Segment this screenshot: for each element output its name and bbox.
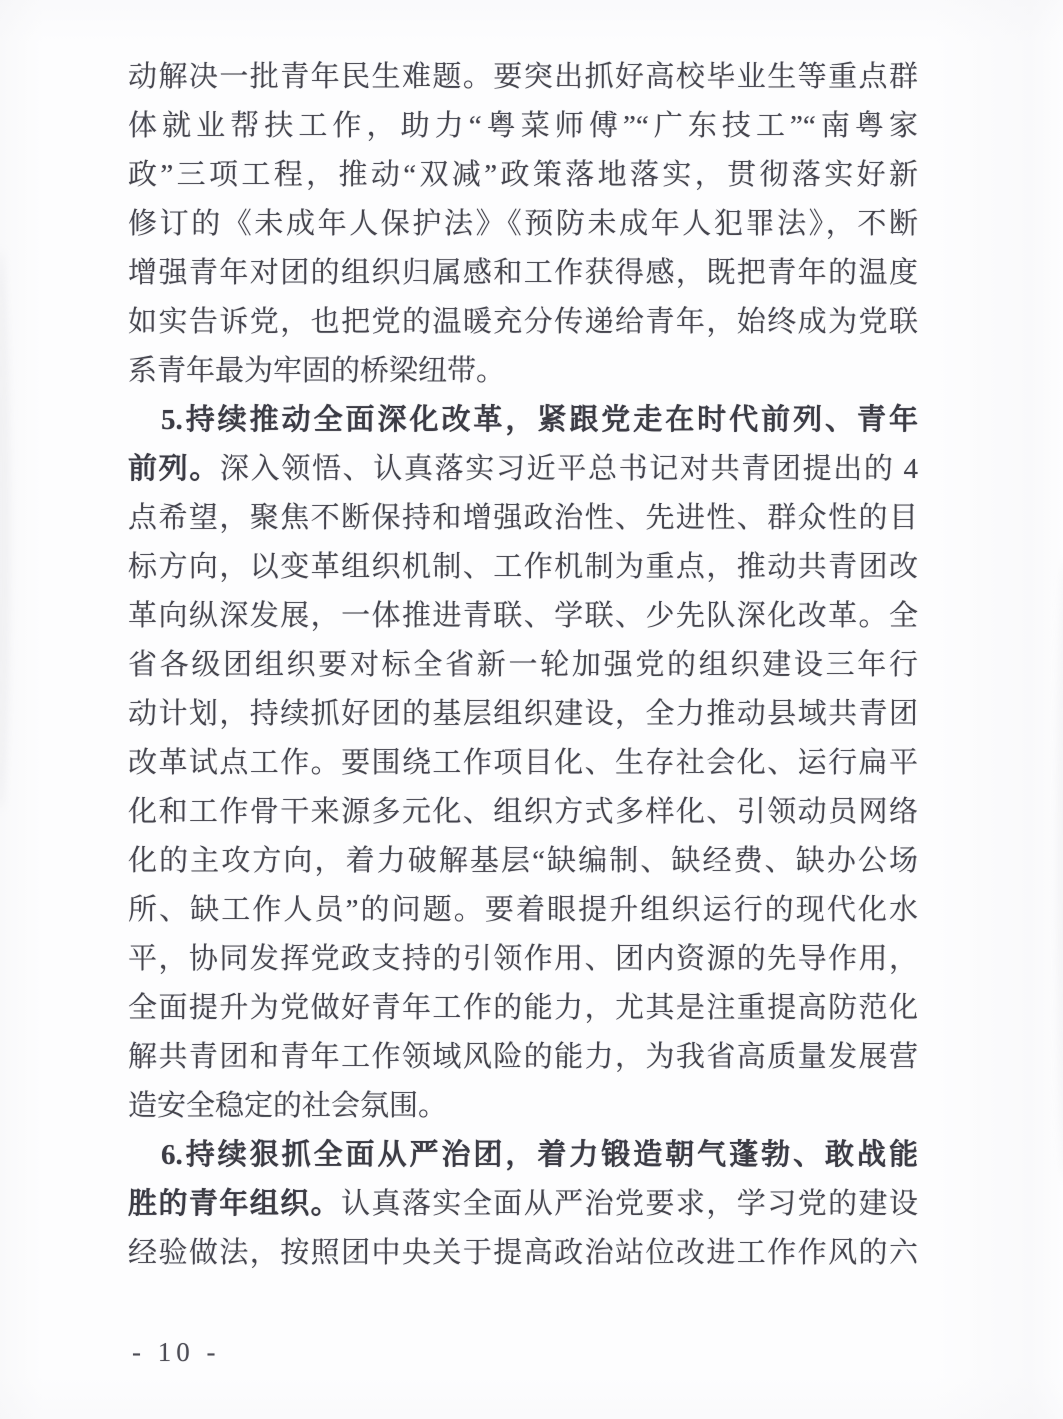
body-text: 点希望，聚焦不断保持和增强政治性、先进性、群众性的目 (128, 502, 918, 534)
body-text: 平，协同发挥党政支持的引领作用、团内资源的先导作用， (128, 943, 918, 975)
page-number: - 10 - (132, 1332, 220, 1372)
text-line: 政”三项工程，推动“双减”政策落地落实，贯彻落实好新 (128, 151, 918, 200)
text-line: 动计划，持续抓好团的基层组织建设，全力推动县域共青团 (128, 690, 918, 739)
text-line: 动解决一批青年民生难题。要突出抓好高校毕业生等重点群 (128, 53, 918, 102)
text-line: 6.持续狠抓全面从严治团，着力锻造朝气蓬勃、敢战能 (128, 1131, 918, 1180)
body-text: 增强青年对团的组织归属感和工作获得感，既把青年的温度 (128, 257, 918, 289)
body-text: 造安全稳定的社会氛围。 (128, 1090, 447, 1122)
body-text: 如实告诉党，也把党的温暖充分传递给青年，始终成为党联 (128, 306, 918, 338)
text-line: 5.持续推动全面深化改革，紧跟党走在时代前列、青年 (128, 396, 918, 445)
bold-heading-text: 前列。 (128, 453, 220, 485)
text-line: 解共青团和青年工作领域风险的能力，为我省高质量发展营 (128, 1033, 918, 1082)
text-line: 标方向，以变革组织机制、工作机制为重点，推动共青团改 (128, 543, 918, 592)
text-line: 如实告诉党，也把党的温暖充分传递给青年，始终成为党联 (128, 298, 918, 347)
text-line: 系青年最为牢固的桥梁纽带。 (128, 347, 918, 396)
scan-artifact (1057, 560, 1063, 1180)
text-line: 修订的《未成年人保护法》《预防未成年人犯罪法》，不断 (128, 200, 918, 249)
document-body-text: 动解决一批青年民生难题。要突出抓好高校毕业生等重点群体就业帮扶工作，助力“粤菜师… (128, 53, 918, 1278)
text-line: 胜的青年组织。认真落实全面从严治党要求，学习党的建设 (128, 1180, 918, 1229)
body-text: 标方向，以变革组织机制、工作机制为重点，推动共青团改 (128, 551, 918, 583)
text-line: 造安全稳定的社会氛围。 (128, 1082, 918, 1131)
text-line: 点希望，聚焦不断保持和增强政治性、先进性、群众性的目 (128, 494, 918, 543)
body-text: 深入领悟、认真落实习近平总书记对共青团提出的 4 (220, 453, 918, 485)
text-line: 化的主攻方向，着力破解基层“缺编制、缺经费、缺办公场 (128, 837, 918, 886)
body-text: 改革试点工作。要围绕工作项目化、生存社会化、运行扁平 (128, 747, 918, 779)
body-text: 经验做法，按照团中央关于提高政治站位改进工作作风的六 (128, 1237, 918, 1269)
body-text: 解共青团和青年工作领域风险的能力，为我省高质量发展营 (128, 1041, 918, 1073)
body-text: 政”三项工程，推动“双减”政策落地落实，贯彻落实好新 (128, 159, 918, 191)
text-line: 体就业帮扶工作，助力“粤菜师傅”“广东技工”“南粤家 (128, 102, 918, 151)
body-text: 动计划，持续抓好团的基层组织建设，全力推动县域共青团 (128, 698, 918, 730)
scanned-document-page: 动解决一批青年民生难题。要突出抓好高校毕业生等重点群体就业帮扶工作，助力“粤菜师… (0, 0, 1063, 1419)
scan-artifact (0, 250, 10, 810)
body-text: 动解决一批青年民生难题。要突出抓好高校毕业生等重点群 (128, 61, 918, 93)
text-line: 所、缺工作人员”的问题。要着眼提升组织运行的现代化水 (128, 886, 918, 935)
text-line: 增强青年对团的组织归属感和工作获得感，既把青年的温度 (128, 249, 918, 298)
body-text: 体就业帮扶工作，助力“粤菜师傅”“广东技工”“南粤家 (128, 110, 918, 142)
bold-heading-text: 6.持续狠抓全面从严治团，着力锻造朝气蓬勃、敢战能 (161, 1139, 918, 1171)
body-text: 所、缺工作人员”的问题。要着眼提升组织运行的现代化水 (128, 894, 918, 926)
body-text: 认真落实全面从严治党要求，学习党的建设 (341, 1188, 918, 1220)
text-line: 改革试点工作。要围绕工作项目化、生存社会化、运行扁平 (128, 739, 918, 788)
text-line: 全面提升为党做好青年工作的能力，尤其是注重提高防范化 (128, 984, 918, 1033)
body-text: 全面提升为党做好青年工作的能力，尤其是注重提高防范化 (128, 992, 918, 1024)
text-line: 经验做法，按照团中央关于提高政治站位改进工作作风的六 (128, 1229, 918, 1278)
body-text: 化和工作骨干来源多元化、组织方式多样化、引领动员网络 (128, 796, 918, 828)
body-text: 革向纵深发展，一体推进青联、学联、少先队深化改革。全 (128, 600, 918, 632)
text-line: 平，协同发挥党政支持的引领作用、团内资源的先导作用， (128, 935, 918, 984)
body-text: 系青年最为牢固的桥梁纽带。 (128, 355, 505, 387)
body-text: 省各级团组织要对标全省新一轮加强党的组织建设三年行 (128, 649, 918, 681)
bold-heading-text: 5.持续推动全面深化改革，紧跟党走在时代前列、青年 (161, 404, 918, 436)
body-text: 修订的《未成年人保护法》《预防未成年人犯罪法》，不断 (128, 208, 918, 240)
text-line: 化和工作骨干来源多元化、组织方式多样化、引领动员网络 (128, 788, 918, 837)
text-line: 省各级团组织要对标全省新一轮加强党的组织建设三年行 (128, 641, 918, 690)
body-text: 化的主攻方向，着力破解基层“缺编制、缺经费、缺办公场 (128, 845, 918, 877)
text-line: 革向纵深发展，一体推进青联、学联、少先队深化改革。全 (128, 592, 918, 641)
bold-heading-text: 胜的青年组织。 (128, 1188, 341, 1220)
text-line: 前列。深入领悟、认真落实习近平总书记对共青团提出的 4 (128, 445, 918, 494)
